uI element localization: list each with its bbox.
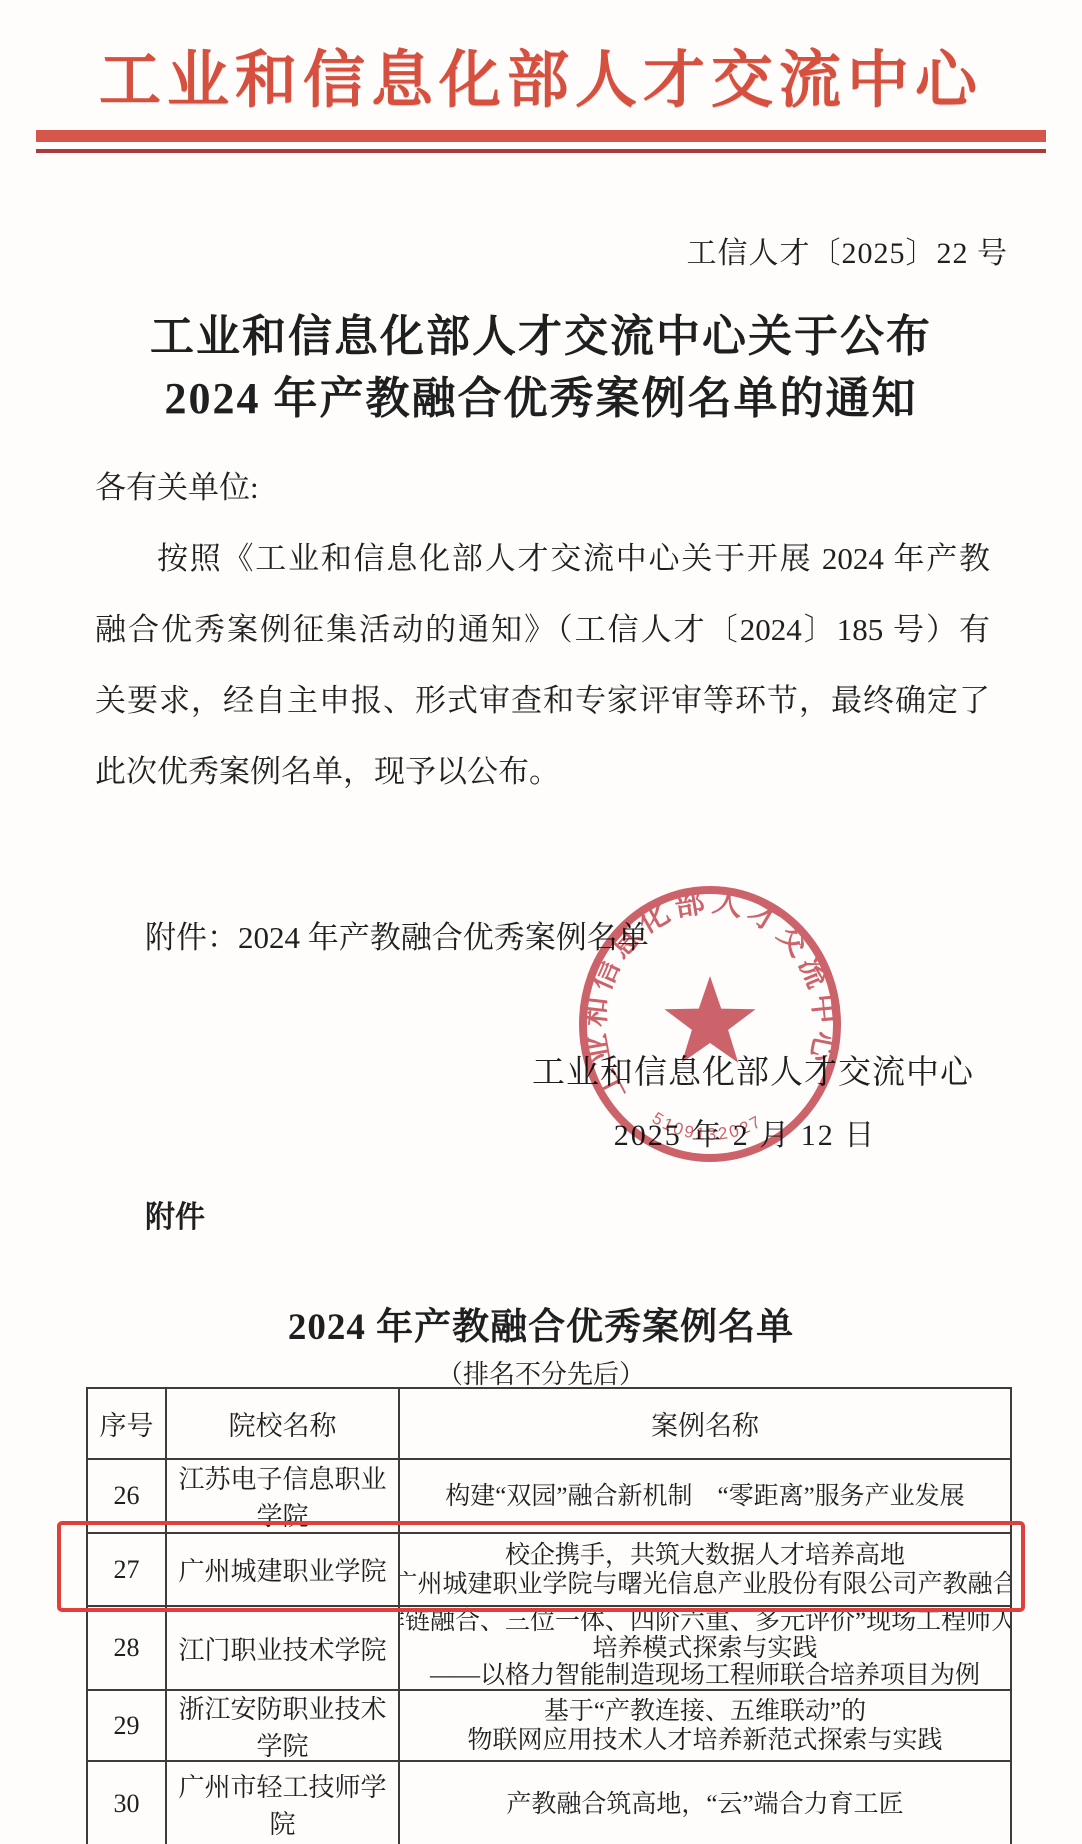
table-row-highlighted: 27 广州城建职业学院 校企携手，共筑大数据人才培养高地 ——广州城建职业学院与… — [88, 1534, 1010, 1607]
column-header-no: 序号 — [88, 1389, 167, 1460]
row-no: 26 — [88, 1460, 167, 1534]
body-line: 融合优秀案例征集活动的通知》（工信人才〔2024〕185 号）有 — [95, 594, 990, 665]
row-school: 浙江安防职业技术学院 — [167, 1691, 400, 1762]
table-row: 30 广州市轻工技师学院 产教融合筑高地，“云”端合力育工匠 — [88, 1762, 1010, 1844]
row-case: 校企携手，共筑大数据人才培养高地 ——广州城建职业学院与曙光信息产业股份有限公司… — [400, 1534, 1010, 1607]
row-school: 广州市轻工技师学院 — [167, 1762, 400, 1844]
case-line: “群链融合、三位一体、四阶六重、多元评价”现场工程师人才 — [400, 1608, 1010, 1635]
row-case: 产教融合筑高地，“云”端合力育工匠 — [400, 1762, 1010, 1844]
case-line: 构建“双园”融合新机制 “零距离”服务产业发展 — [445, 1482, 964, 1511]
row-school: 江门职业技术学院 — [167, 1607, 400, 1691]
body-line: 按照《工业和信息化部人才交流中心关于开展 2024 年产教 — [95, 523, 990, 594]
column-header-case: 案例名称 — [400, 1389, 1010, 1460]
letterhead-rule-thin — [36, 149, 1046, 153]
signature-org: 工业和信息化部人才交流中心 — [532, 1046, 974, 1093]
table-header-row: 序号 院校名称 案例名称 — [88, 1389, 1010, 1460]
attachment-reference: 附件：2024 年产教融合优秀案例名单 — [145, 912, 649, 957]
document-title: 工业和信息化部人才交流中心关于公布 2024 年产教融合优秀案例名单的通知 — [40, 306, 1042, 430]
list-title: 2024 年产教融合优秀案例名单 — [0, 1296, 1082, 1350]
case-line: 基于“产教连接、五维联动”的 — [544, 1697, 866, 1726]
case-line: 培养模式探索与实践 — [592, 1635, 817, 1662]
case-line: 校企携手，共筑大数据人才培养高地 — [505, 1541, 905, 1570]
table-row: 28 江门职业技术学院 “群链融合、三位一体、四阶六重、多元评价”现场工程师人才… — [88, 1607, 1010, 1691]
row-no: 27 — [88, 1534, 167, 1607]
letterhead-rule-thick — [36, 130, 1046, 142]
case-line: 产教融合筑高地，“云”端合力育工匠 — [506, 1790, 903, 1819]
body-line: 此次优秀案例名单，现予以公布。 — [95, 736, 990, 807]
table-row: 29 浙江安防职业技术学院 基于“产教连接、五维联动”的 物联网应用技术人才培养… — [88, 1691, 1010, 1762]
case-table: 序号 院校名称 案例名称 26 江苏电子信息职业学院 构建“双园”融合新机制 “… — [86, 1387, 1012, 1844]
document-title-line2: 2024 年产教融合优秀案例名单的通知 — [40, 368, 1042, 430]
body-line: 关要求，经自主申报、形式审查和专家评审等环节，最终确定了 — [95, 665, 990, 736]
case-line: ——以格力智能制造现场工程师联合培养项目为例 — [430, 1662, 980, 1689]
document-title-line1: 工业和信息化部人才交流中心关于公布 — [40, 306, 1042, 368]
letterhead-org-title: 工业和信息化部人才交流中心 — [0, 30, 1082, 119]
document-number: 工信人才〔2025〕22 号 — [687, 228, 1009, 272]
attachment-label: 附件 — [145, 1192, 205, 1236]
row-no: 28 — [88, 1607, 167, 1691]
signature-date: 2025 年 2 月 12 日 — [560, 1110, 930, 1154]
row-case: 构建“双园”融合新机制 “零距离”服务产业发展 — [400, 1460, 1010, 1534]
document-page: 工业和信息化部人才交流中心 工信人才〔2025〕22 号 工业和信息化部人才交流… — [0, 0, 1082, 1844]
row-case: “群链融合、三位一体、四阶六重、多元评价”现场工程师人才 培养模式探索与实践 —… — [400, 1607, 1010, 1691]
table-row: 26 江苏电子信息职业学院 构建“双园”融合新机制 “零距离”服务产业发展 — [88, 1460, 1010, 1534]
body-text: 各有关单位: 按照《工业和信息化部人才交流中心关于开展 2024 年产教 融合优… — [95, 452, 990, 807]
row-no: 29 — [88, 1691, 167, 1762]
case-line: ——广州城建职业学院与曙光信息产业股份有限公司产教融合案例 — [400, 1570, 1010, 1599]
list-subtitle: （排名不分先后） — [0, 1354, 1082, 1391]
row-case: 基于“产教连接、五维联动”的 物联网应用技术人才培养新范式探索与实践 — [400, 1691, 1010, 1762]
row-school: 江苏电子信息职业学院 — [167, 1460, 400, 1534]
case-line: 物联网应用技术人才培养新范式探索与实践 — [467, 1726, 942, 1755]
row-school: 广州城建职业学院 — [167, 1534, 400, 1607]
salutation: 各有关单位: — [95, 452, 990, 523]
column-header-school: 院校名称 — [167, 1389, 400, 1460]
row-no: 30 — [88, 1762, 167, 1844]
